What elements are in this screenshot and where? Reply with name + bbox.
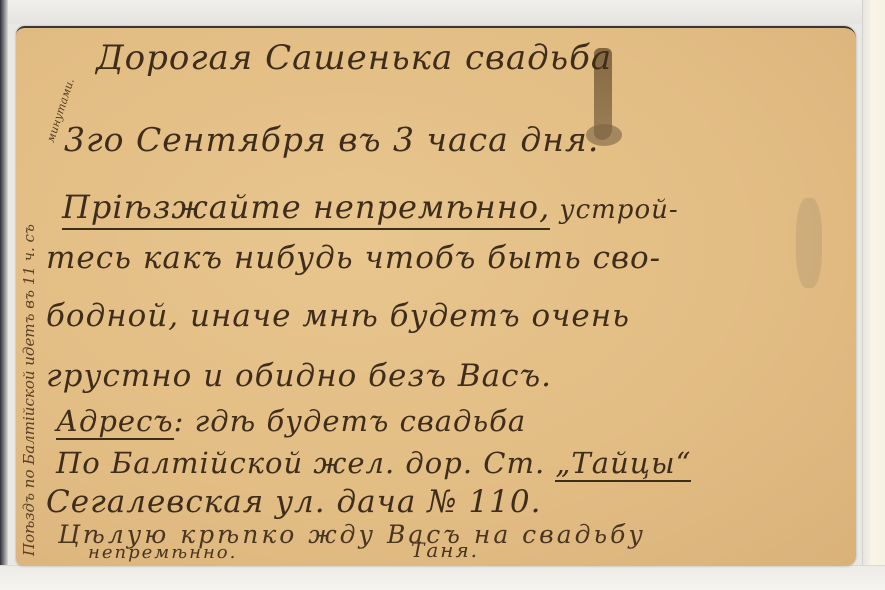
archival-sleeve-top <box>0 0 885 24</box>
archival-sleeve-right-edge <box>862 0 885 590</box>
letter-line-4: тесь какъ нибудь чтобъ быть сво- <box>46 240 661 276</box>
underlined-address-word: Адресъ <box>56 404 174 440</box>
address-label-tail: : гдѣ будетъ свадьба <box>174 404 527 438</box>
letter-line-street: Сегалевская ул. дача № 110. <box>46 484 541 520</box>
letter-line-station: По Балтійской жел. дор. Ст. „Тайцы“ <box>56 446 691 480</box>
letter-line-address-label: Адресъ: гдѣ будетъ свадьба <box>56 404 526 438</box>
letter-line-3-tail: устрой- <box>550 195 678 225</box>
letter-line-5: бодной, иначе мнѣ будетъ очень <box>46 298 630 334</box>
letter-line-6: грустно и обидно безъ Васъ. <box>46 358 552 394</box>
letter-line-date: 3го Сентября въ 3 часа дня. <box>64 120 599 159</box>
archival-sleeve-bottom <box>0 565 885 590</box>
letter-line-greeting: Дорогая Сашенька свадьба <box>96 38 612 78</box>
archival-sleeve-left-edge <box>0 0 8 590</box>
postcard: Поѣздъ по Балтійской идетъ въ 11 ч. съ м… <box>16 26 856 566</box>
signature: Таня. <box>411 538 479 562</box>
underlined-invitation: Пріѣзжайте непремѣнно, <box>62 188 550 230</box>
railway-text: По Балтійской жел. дор. Ст. <box>56 446 555 480</box>
paper-smudge <box>796 198 822 288</box>
station-name: „Тайцы“ <box>555 446 691 482</box>
margin-note-vertical: Поѣздъ по Балтійской идетъ въ 11 ч. съ <box>20 224 38 556</box>
letter-line-closing-2: непремѣнно. <box>88 542 237 563</box>
letter-line-3: Пріѣзжайте непремѣнно, устрой- <box>62 188 679 226</box>
